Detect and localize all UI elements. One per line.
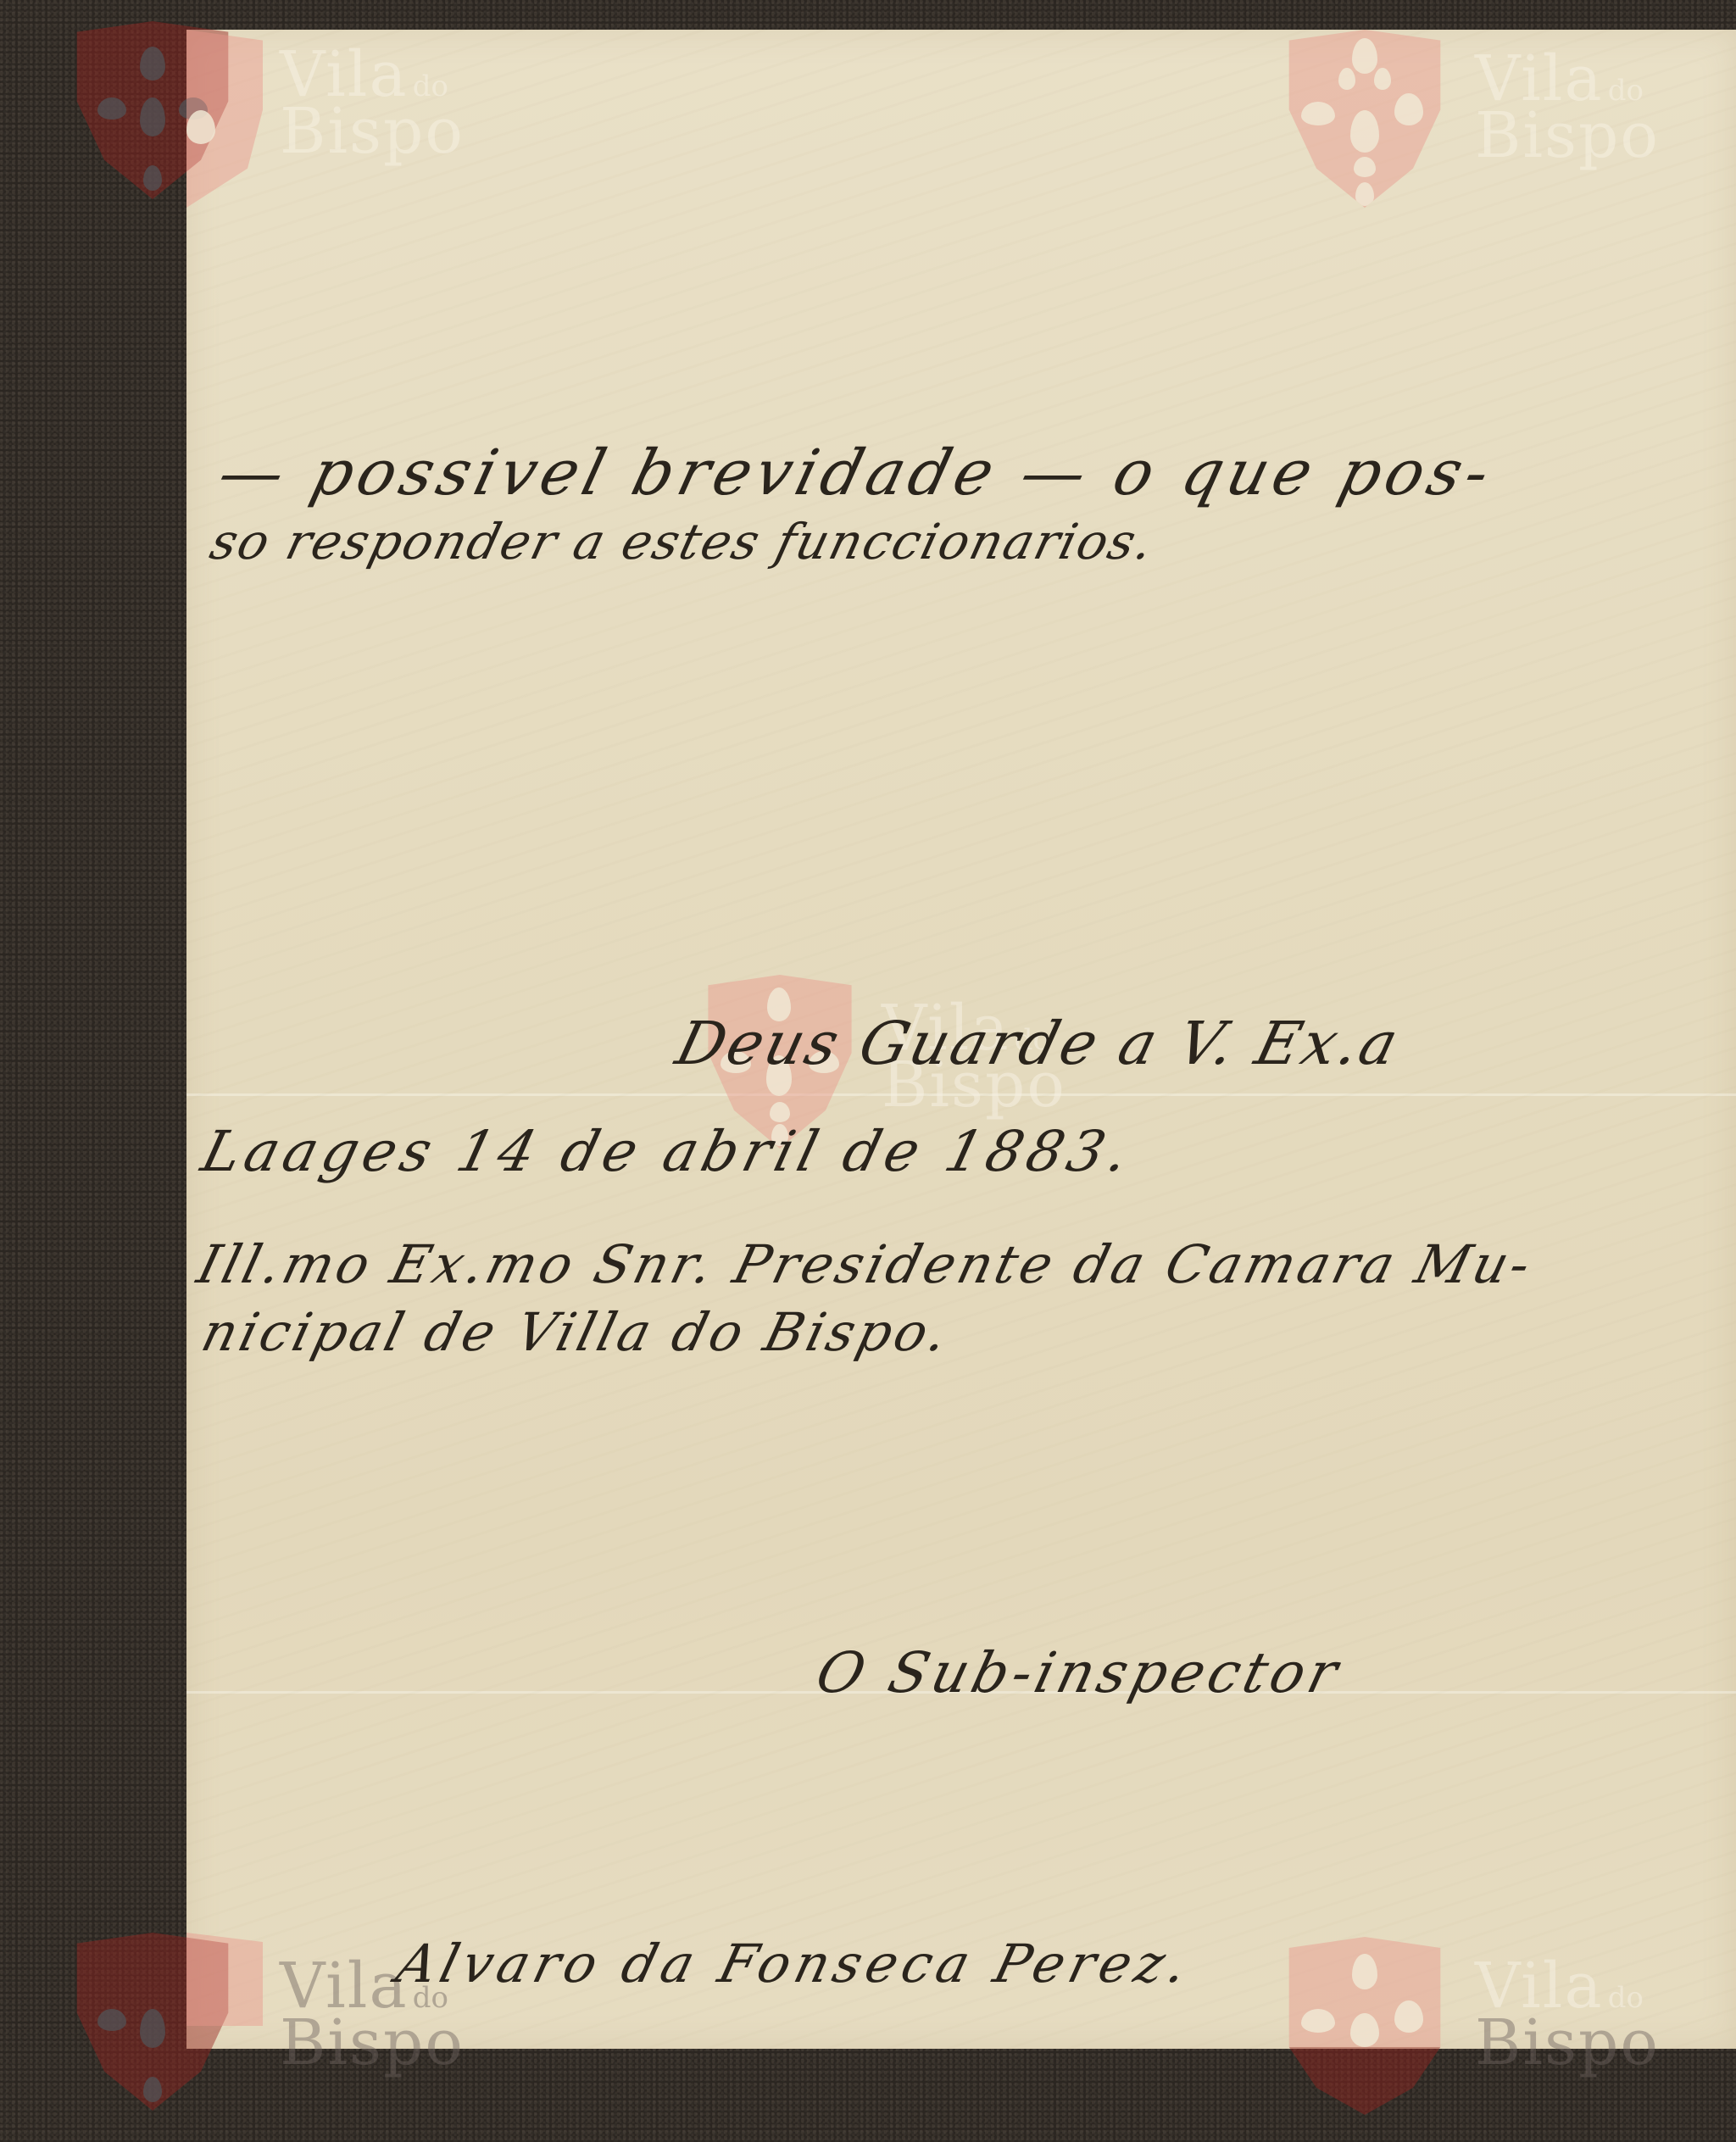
- body-line-2: so responder a estes funccionarios.: [205, 513, 1161, 570]
- closing-salutation: Deus Guarde a V. Ex.a: [670, 1009, 1407, 1078]
- addressee-line-1: Ill.mo Ex.mo Snr. Presidente da Camara M…: [192, 1233, 1540, 1295]
- body-line-1: — possivel brevidade — o que pos-: [211, 437, 1501, 509]
- signatory-title: O Sub-inspector: [810, 1640, 1348, 1705]
- signature: Alvaro da Fonseca Perez.: [391, 1933, 1199, 1995]
- paper-fold-line: [186, 1093, 1736, 1096]
- shield-fleur-icon: [1284, 2047, 1445, 2115]
- place-date: Laages 14 de abril de 1883.: [195, 1119, 1140, 1184]
- addressee-line-2: nicipal de Villa do Bispo.: [196, 1301, 957, 1363]
